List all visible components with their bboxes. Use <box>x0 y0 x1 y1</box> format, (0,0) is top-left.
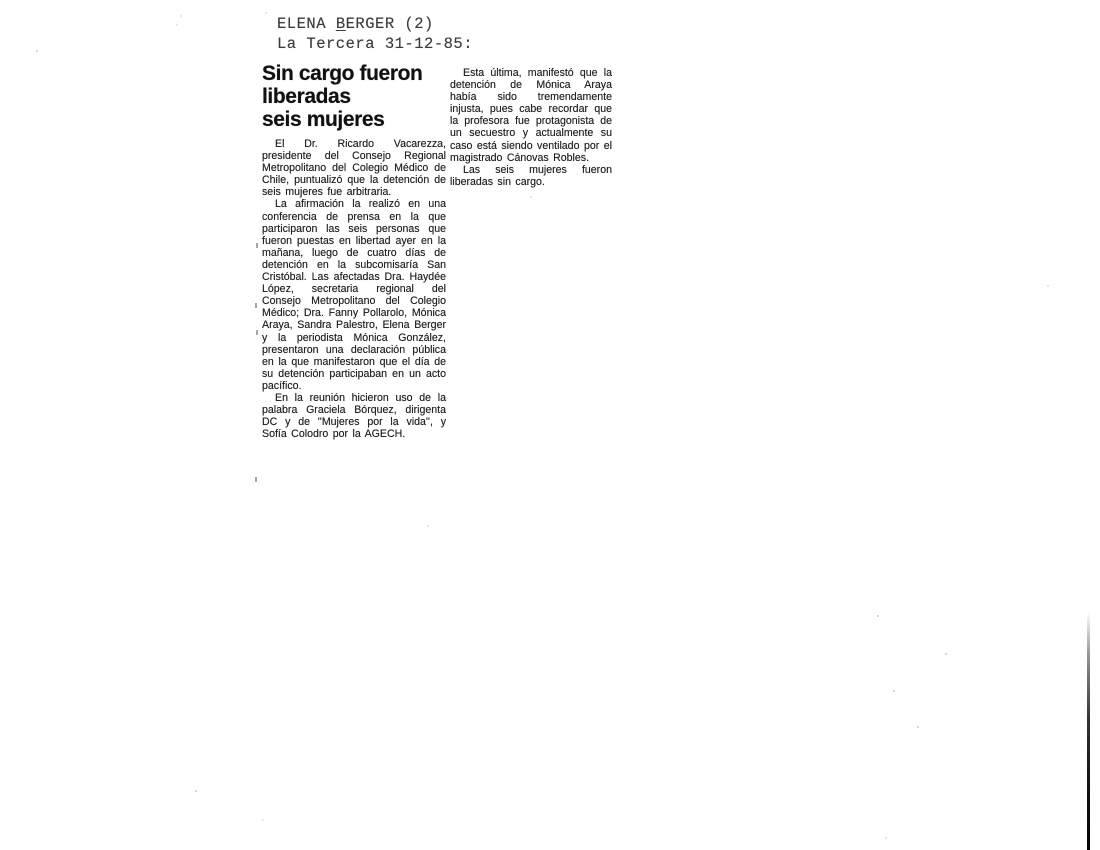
article-body-column-2: Esta última, manifestó que la detención … <box>450 67 612 188</box>
scan-speck <box>893 690 895 692</box>
scan-speck <box>885 837 887 839</box>
paragraph: Esta última, manifestó que la detención … <box>450 67 612 164</box>
newspaper-clipping-scan: ELENA BERGER (2) La Tercera 31-12-85: Si… <box>0 0 1100 850</box>
scan-tick-artifact <box>256 330 258 335</box>
headline-line-3: seis mujeres <box>262 108 446 131</box>
article-column-2: Esta última, manifestó que la detención … <box>450 67 612 188</box>
scan-speck <box>262 819 264 821</box>
annotation-name-line: ELENA BERGER (2) <box>277 14 473 34</box>
scan-speck <box>877 615 879 617</box>
scan-tick-artifact <box>256 243 258 248</box>
paragraph: El Dr. Ricardo Vacarezza, presidente del… <box>262 138 446 198</box>
scan-tick-artifact <box>255 477 257 482</box>
paragraph: En la reunión hicieron uso de la palabra… <box>262 392 446 440</box>
headline-line-1: Sin cargo fueron <box>262 62 446 85</box>
scan-speck <box>180 15 182 17</box>
scan-speck <box>36 50 38 52</box>
scan-edge-artifact <box>1087 612 1090 850</box>
scan-speck <box>917 726 919 728</box>
scan-speck <box>195 790 197 792</box>
scan-tick-artifact <box>255 303 257 308</box>
scan-speck <box>427 525 429 527</box>
scan-speck <box>410 227 412 229</box>
scan-speck <box>1047 285 1049 287</box>
typewritten-annotation: ELENA BERGER (2) La Tercera 31-12-85: <box>277 14 473 54</box>
scan-speck <box>530 196 532 198</box>
article-column-1: Sin cargo fueron liberadas seis mujeres … <box>262 62 446 440</box>
annotation-source-line: La Tercera 31-12-85: <box>277 34 473 54</box>
paragraph: La afirmación la realizó en una conferen… <box>262 198 446 392</box>
headline-line-2: liberadas <box>262 85 446 108</box>
scan-speck <box>265 12 267 14</box>
annotation-name-suffix: ERGER (2) <box>346 15 434 33</box>
article-headline: Sin cargo fueron liberadas seis mujeres <box>262 62 446 131</box>
annotation-name-underlined: B <box>336 15 346 33</box>
annotation-name-prefix: ELENA <box>277 15 336 33</box>
article-body-column-1: El Dr. Ricardo Vacarezza, presidente del… <box>262 138 446 440</box>
paragraph: Las seis mujeres fueron liberadas sin ca… <box>450 164 612 188</box>
scan-speck <box>945 653 947 655</box>
scan-speck <box>176 24 178 26</box>
